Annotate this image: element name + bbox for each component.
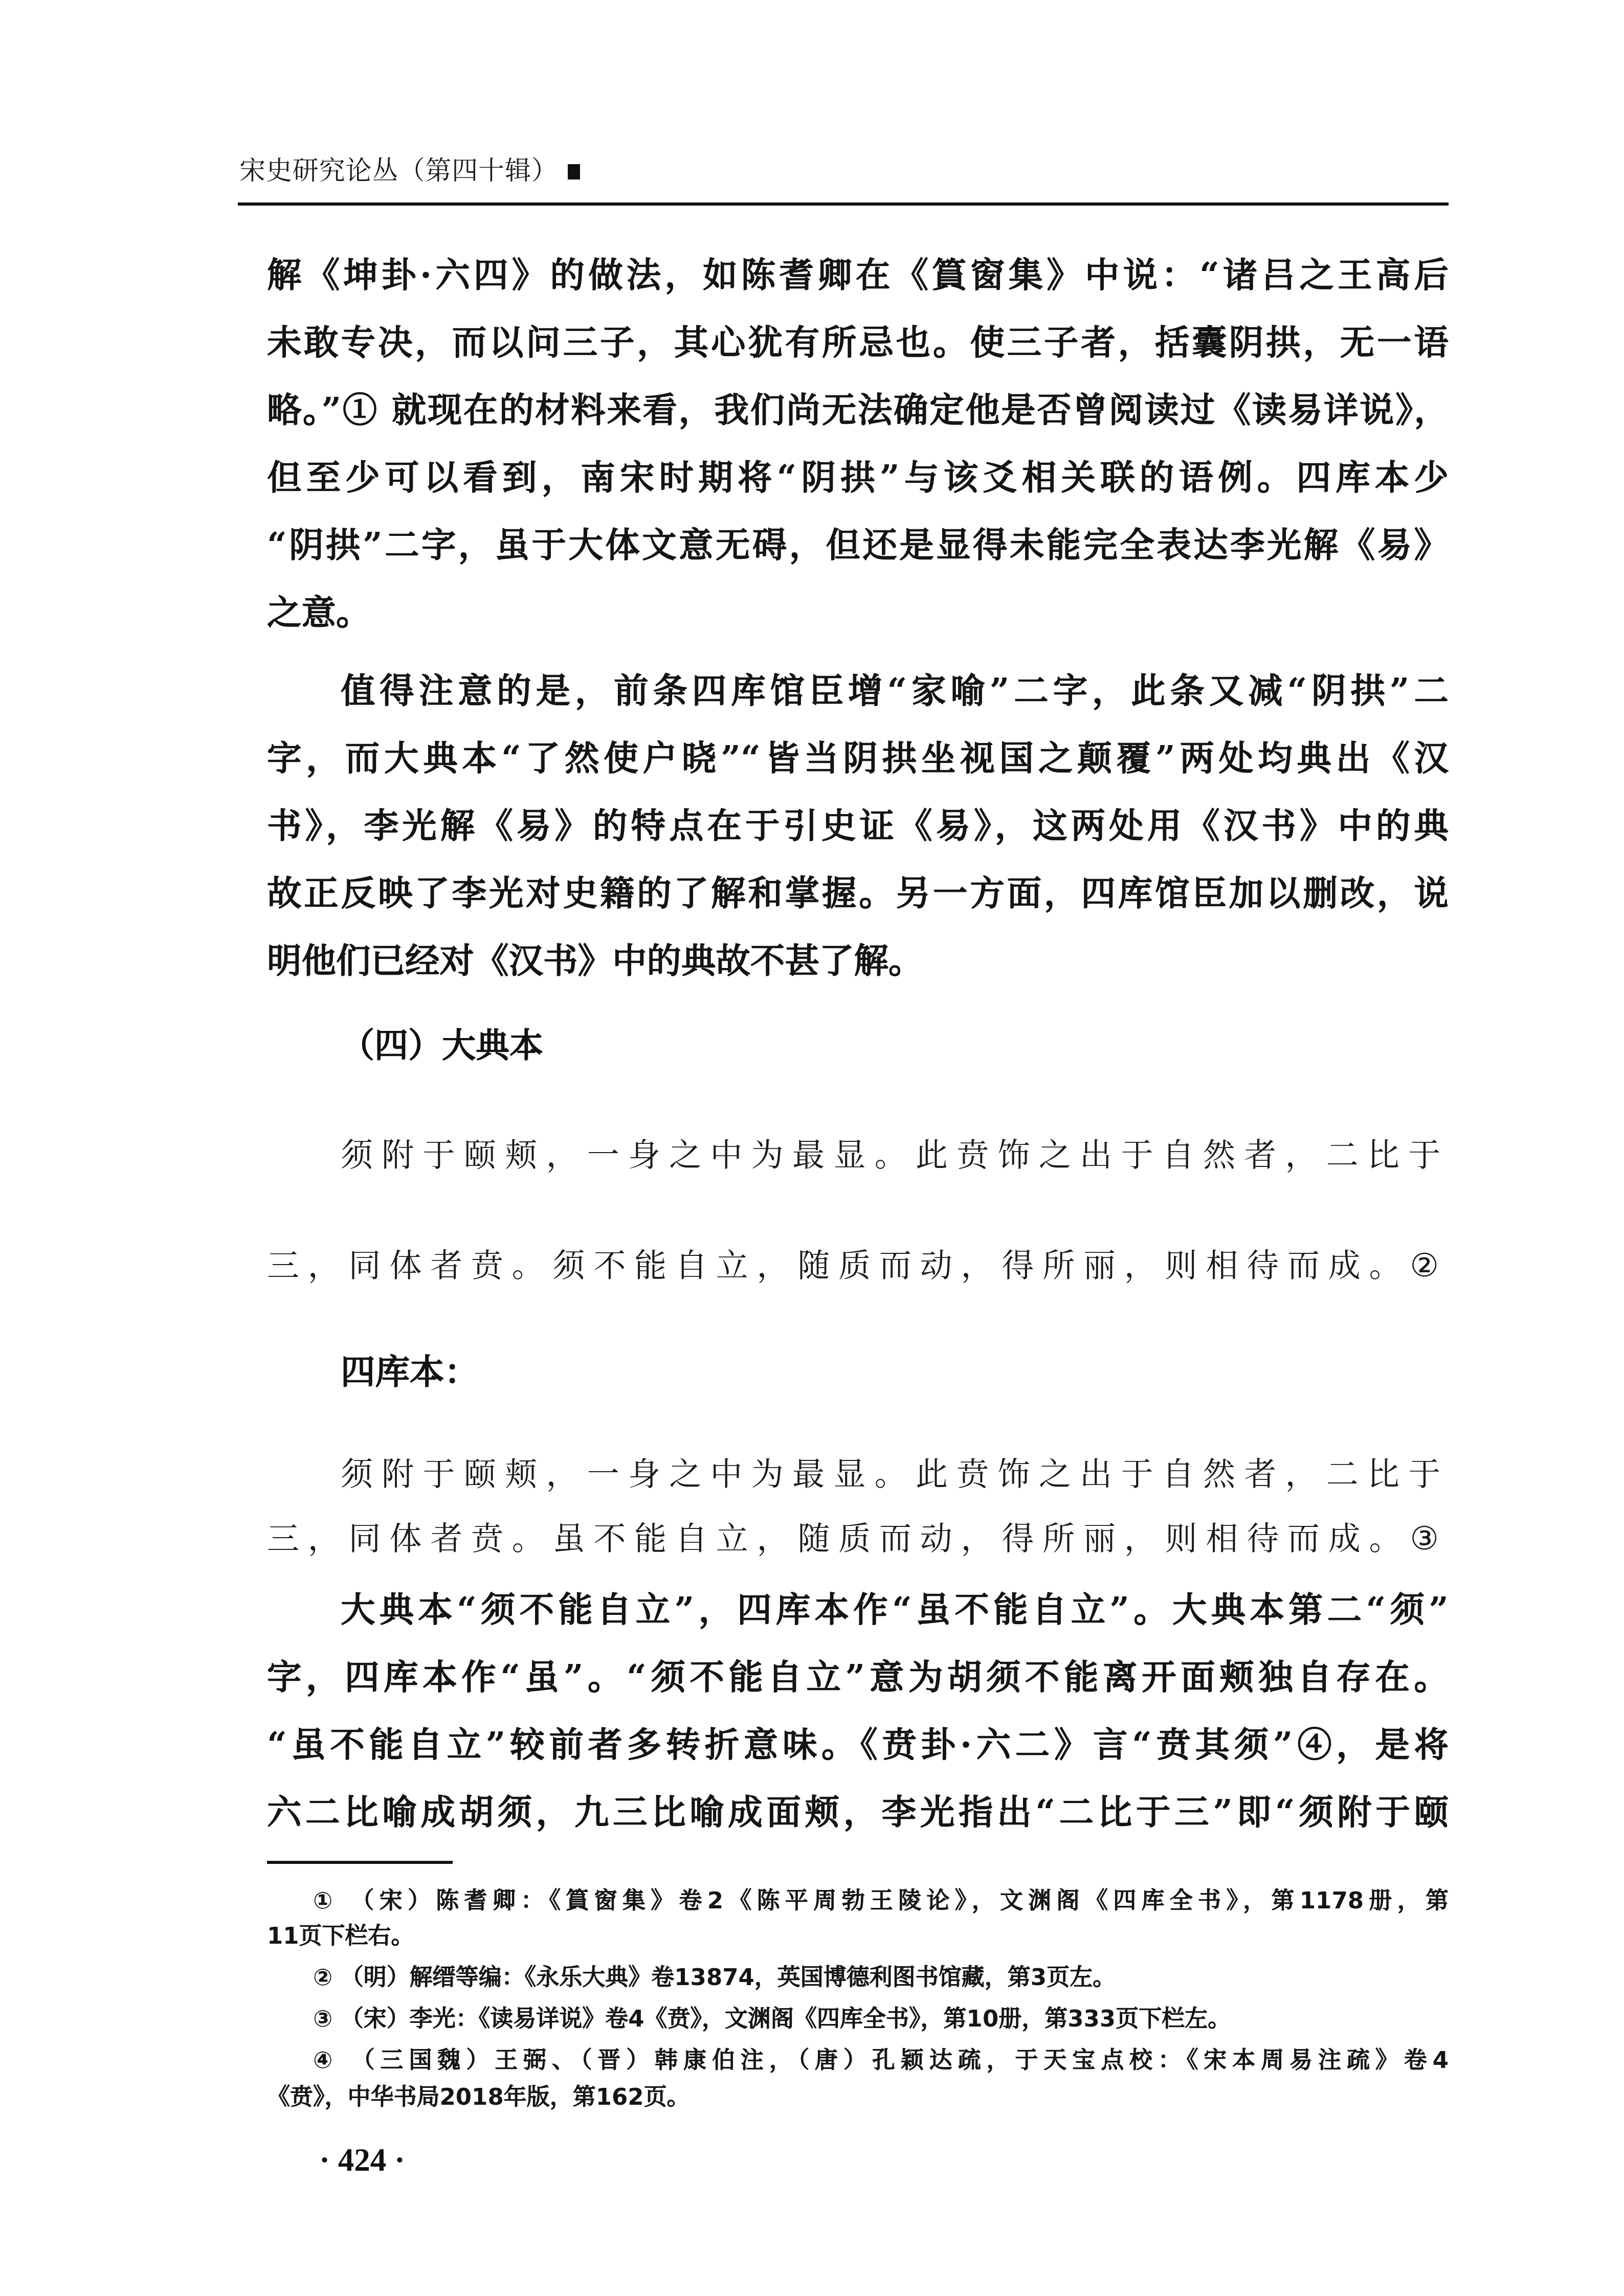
quote-line: 须附于颐颊，一身之中为最显。此贲饰之出于自然者，二比于 xyxy=(341,1132,1449,1178)
section-heading: （四）大典本 xyxy=(341,1020,543,1068)
footnote-3: ③ （宋）李光：《读易详说》卷4《贲》，文渊阁《四库全书》，第10册，第333页… xyxy=(313,2002,1449,2036)
siku-label: 四库本： xyxy=(341,1350,1449,1396)
document-page: 宋史研究论丛（第四十辑） 解《坤卦·六四》的做法，如陈耆卿在《篔窗集》中说：“诸… xyxy=(0,0,1624,2296)
quote-line: 三，同体者贲。须不能自立，随质而动，得所丽，则相待而成。② xyxy=(267,1243,1449,1289)
text-line: 字，而大典本“了然使户晓”“皆当阴拱坐视国之颠覆”两处均典出《汉 xyxy=(267,736,1449,782)
text-line: 明他们已经对《汉书》中的典故不甚了解。 xyxy=(267,939,1449,985)
text-line: 故正反映了李光对史籍的了解和掌握。另一方面，四库馆臣加以删改，说 xyxy=(267,871,1449,917)
header-square-icon xyxy=(567,164,580,179)
text-line: 值得注意的是，前条四库馆臣增“家喻”二字，此条又减“阴拱”二 xyxy=(341,669,1449,715)
running-header: 宋史研究论丛（第四十辑） xyxy=(239,149,580,187)
text-line: 解《坤卦·六四》的做法，如陈耆卿在《篔窗集》中说：“诸吕之王高后 xyxy=(267,253,1449,299)
footnote-1-cont: 11页下栏右。 xyxy=(267,1919,1449,1953)
running-title: 宋史研究论丛（第四十辑） xyxy=(239,156,558,187)
text-line: “阴拱”二字，虽于大体文意无碍，但还是显得未能完全表达李光解《易》 xyxy=(267,523,1449,569)
text-line: 略。”① 就现在的材料来看，我们尚无法确定他是否曾阅读过《读易详说》， xyxy=(267,388,1449,434)
footnote-4: ④ （三国魏）王弼、（晋）韩康伯注，（唐）孔颖达疏，于天宝点校：《宋本周易注疏》… xyxy=(313,2043,1449,2077)
footnote-2: ② （明）解缙等编：《永乐大典》卷13874，英国博德利图书馆藏，第3页左。 xyxy=(313,1961,1449,1994)
text-line: 六二比喻成胡须，九三比喻成面颊，李光指出“二比于三”即“须附于颐 xyxy=(267,1790,1449,1836)
text-line: 字，四库本作“虽”。“须不能自立”意为胡须不能离开面颊独自存在。 xyxy=(267,1655,1449,1701)
header-divider xyxy=(238,202,1449,206)
footnote-1: ① （宋）陈耆卿：《篔窗集》卷2《陈平周勃王陵论》，文渊阁《四库全书》，第117… xyxy=(313,1884,1449,1918)
footnote-4-cont: 《贲》，中华书局2018年版，第162页。 xyxy=(267,2080,1449,2114)
footnote-divider xyxy=(267,1861,453,1864)
page-number: · 424 · xyxy=(319,2142,405,2180)
text-line: “虽不能自立”较前者多转折意味。《贲卦·六二》言“贲其须”④，是将 xyxy=(267,1723,1449,1769)
text-line: 书》，李光解《易》的特点在于引史证《易》，这两处用《汉书》中的典 xyxy=(267,804,1449,850)
text-line: 未敢专决，而以问三子，其心犹有所忌也。使三子者，括囊阴拱，无一语 xyxy=(267,321,1449,367)
text-line: 之意。 xyxy=(267,591,1449,637)
text-line: 但至少可以看到，南宋时期将“阴拱”与该爻相关联的语例。四库本少 xyxy=(267,456,1449,502)
quote-line: 三，同体者贲。虽不能自立，随质而动，得所丽，则相待而成。③ xyxy=(267,1516,1449,1562)
text-line: 大典本“须不能自立”，四库本作“虽不能自立”。大典本第二“须” xyxy=(341,1588,1449,1634)
quote-line: 须附于颐颊，一身之中为最显。此贲饰之出于自然者，二比于 xyxy=(341,1451,1449,1497)
